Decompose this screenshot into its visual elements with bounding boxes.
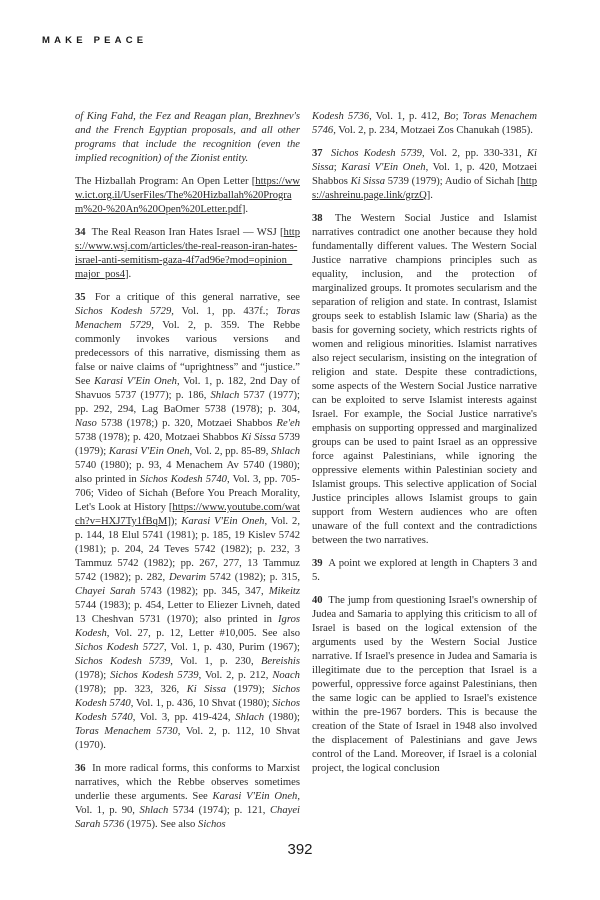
footnote-number: 35 xyxy=(75,292,86,303)
citation-title: Karasi V'Ein Oneh xyxy=(213,791,298,802)
citation-title: Shlach xyxy=(210,390,239,401)
footnote-number: 34 xyxy=(75,227,86,238)
text: 5734 (1974); p. 121, xyxy=(168,805,270,816)
text: , Vol. 2, p. 212, xyxy=(199,670,273,681)
footnote-number: 39 xyxy=(312,558,323,569)
footnote-text: The jump from questioning Israel's owner… xyxy=(312,595,537,774)
footnote-37: 37 Sichos Kodesh 5739, Vol. 2, pp. 330-3… xyxy=(312,147,537,203)
text: , Vol. 3, pp. 419-424, xyxy=(133,712,236,723)
citation-title: Sichos Kodesh 5739 xyxy=(331,148,422,159)
footnote-number: 36 xyxy=(75,763,86,774)
citation-title: Re'eh xyxy=(277,418,300,429)
text: 5744 (1983); p. 454, Letter to Eliezer L… xyxy=(75,600,300,625)
text: (1978); xyxy=(75,670,110,681)
text: (1978); pp. 323, 326, xyxy=(75,684,187,695)
reference-close: ]. xyxy=(125,269,131,280)
text: (1979); xyxy=(226,684,272,695)
text: For a critique of this general narrative… xyxy=(95,292,300,303)
footnote-35: 35 For a critique of this general narrat… xyxy=(75,291,300,753)
text: ; xyxy=(456,111,463,122)
citation-title: Sichos Kodesh 5739 xyxy=(110,670,198,681)
citation-title: Naso xyxy=(75,418,97,429)
text: , Vol. 1, pp. 437f.; xyxy=(171,306,276,317)
citation-title: Sichos Kodesh 5727 xyxy=(75,642,164,653)
text: , Vol. 27, p. 12, Letter #10,005. See al… xyxy=(107,628,300,639)
citation-title: Noach xyxy=(272,670,300,681)
citation-title: Karasi V'Ein Oneh xyxy=(181,516,264,527)
text: , Vol. 1, p. 430, Purim (1967); xyxy=(164,642,300,653)
citation-title: Sichos Kodesh 5739 xyxy=(75,656,170,667)
citation-title: Toras Menachem 5730 xyxy=(75,726,178,737)
note-hizballah-reference: The Hizballah Program: An Open Letter [h… xyxy=(75,175,300,217)
citation-title: Ki Sissa xyxy=(351,176,385,187)
note-33-continuation: of King Fahd, the Fez and Reagan plan, B… xyxy=(75,110,300,166)
citation-title: Shlach xyxy=(140,805,169,816)
text: , Vol. 1, p. 230, xyxy=(170,656,261,667)
text: , Vol. 2, pp. 85-89, xyxy=(190,446,272,457)
citation-title: Bereishis xyxy=(261,656,300,667)
citation-title: Chayei Sarah xyxy=(75,586,135,597)
text: 5739 (1979); Audio of Sichah [ xyxy=(385,176,520,187)
citation-title: Shlach xyxy=(271,446,300,457)
text: 5738 (1978;) p. 320, Motzaei Shabbos xyxy=(97,418,277,429)
citation-title: Sichos xyxy=(198,819,226,830)
text: (1980); xyxy=(264,712,300,723)
citation-title: Ki Sissa xyxy=(187,684,226,695)
text: 5738 (1978); p. 420, Motzaei Shabbos xyxy=(75,432,241,443)
reference-text: The Hizballah Program: An Open Letter [ xyxy=(75,176,255,187)
citation-title: Ki Sissa xyxy=(241,432,276,443)
citation-title: Sichos Kodesh 5740 xyxy=(140,474,227,485)
footnote-number: 37 xyxy=(312,148,323,159)
left-column: of King Fahd, the Fez and Reagan plan, B… xyxy=(75,110,300,841)
footnote-34: 34 The Real Reason Iran Hates Israel — W… xyxy=(75,226,300,282)
text: 5743 (1982); pp. 345, 347, xyxy=(135,586,268,597)
text: ]); xyxy=(167,516,181,527)
citation-title: Karasi V'Ein Oneh xyxy=(94,376,177,387)
citation-title: Sichos Kodesh 5729 xyxy=(75,306,171,317)
footnote-40: 40 The jump from questioning Israel's ow… xyxy=(312,594,537,776)
text: , Vol. 1, p. 412, xyxy=(369,111,444,122)
citation-title: Kodesh 5736 xyxy=(312,111,369,122)
text: 5742 (1982); p. 315, xyxy=(206,572,300,583)
citation-title: Devarim xyxy=(169,572,206,583)
text: , Vol. 2, p. 234, Motzaei Zos Chanukah (… xyxy=(333,125,533,136)
citation-title: Shlach xyxy=(235,712,264,723)
reference-close: ]. xyxy=(427,190,433,201)
text: , Vol. 1, p. 436, 10 Shvat (1980); xyxy=(131,698,273,709)
running-head: MAKE PEACE xyxy=(42,35,147,46)
citation-title: Karasi V'Ein Oneh xyxy=(109,446,190,457)
footnote-39: 39 A point we explored at length in Chap… xyxy=(312,557,537,585)
reference-close: ]. xyxy=(242,204,248,215)
footnote-number: 38 xyxy=(312,213,323,224)
right-column: Kodesh 5736, Vol. 1, p. 412, Bo; Toras M… xyxy=(312,110,537,785)
citation-title: Bo xyxy=(444,111,456,122)
footnote-38: 38 The Western Social Justice and Islami… xyxy=(312,212,537,548)
text: (1975). See also xyxy=(124,819,198,830)
footnote-text: A point we explored at length in Chapter… xyxy=(312,558,537,583)
page-number: 392 xyxy=(0,841,600,858)
footnote-36: 36 In more radical forms, this conforms … xyxy=(75,762,300,832)
footnote-text: The Real Reason Iran Hates Israel — WSJ … xyxy=(92,227,284,238)
footnote-number: 40 xyxy=(312,595,323,606)
footnote-text: The Western Social Justice and Islamist … xyxy=(312,213,537,546)
citation-title: Karasi V'Ein Oneh xyxy=(341,162,425,173)
text: , Vol. 2, pp. 330-331, xyxy=(422,148,527,159)
footnote-36-continuation: Kodesh 5736, Vol. 1, p. 412, Bo; Toras M… xyxy=(312,110,537,138)
citation-title: Mikeitz xyxy=(269,586,300,597)
